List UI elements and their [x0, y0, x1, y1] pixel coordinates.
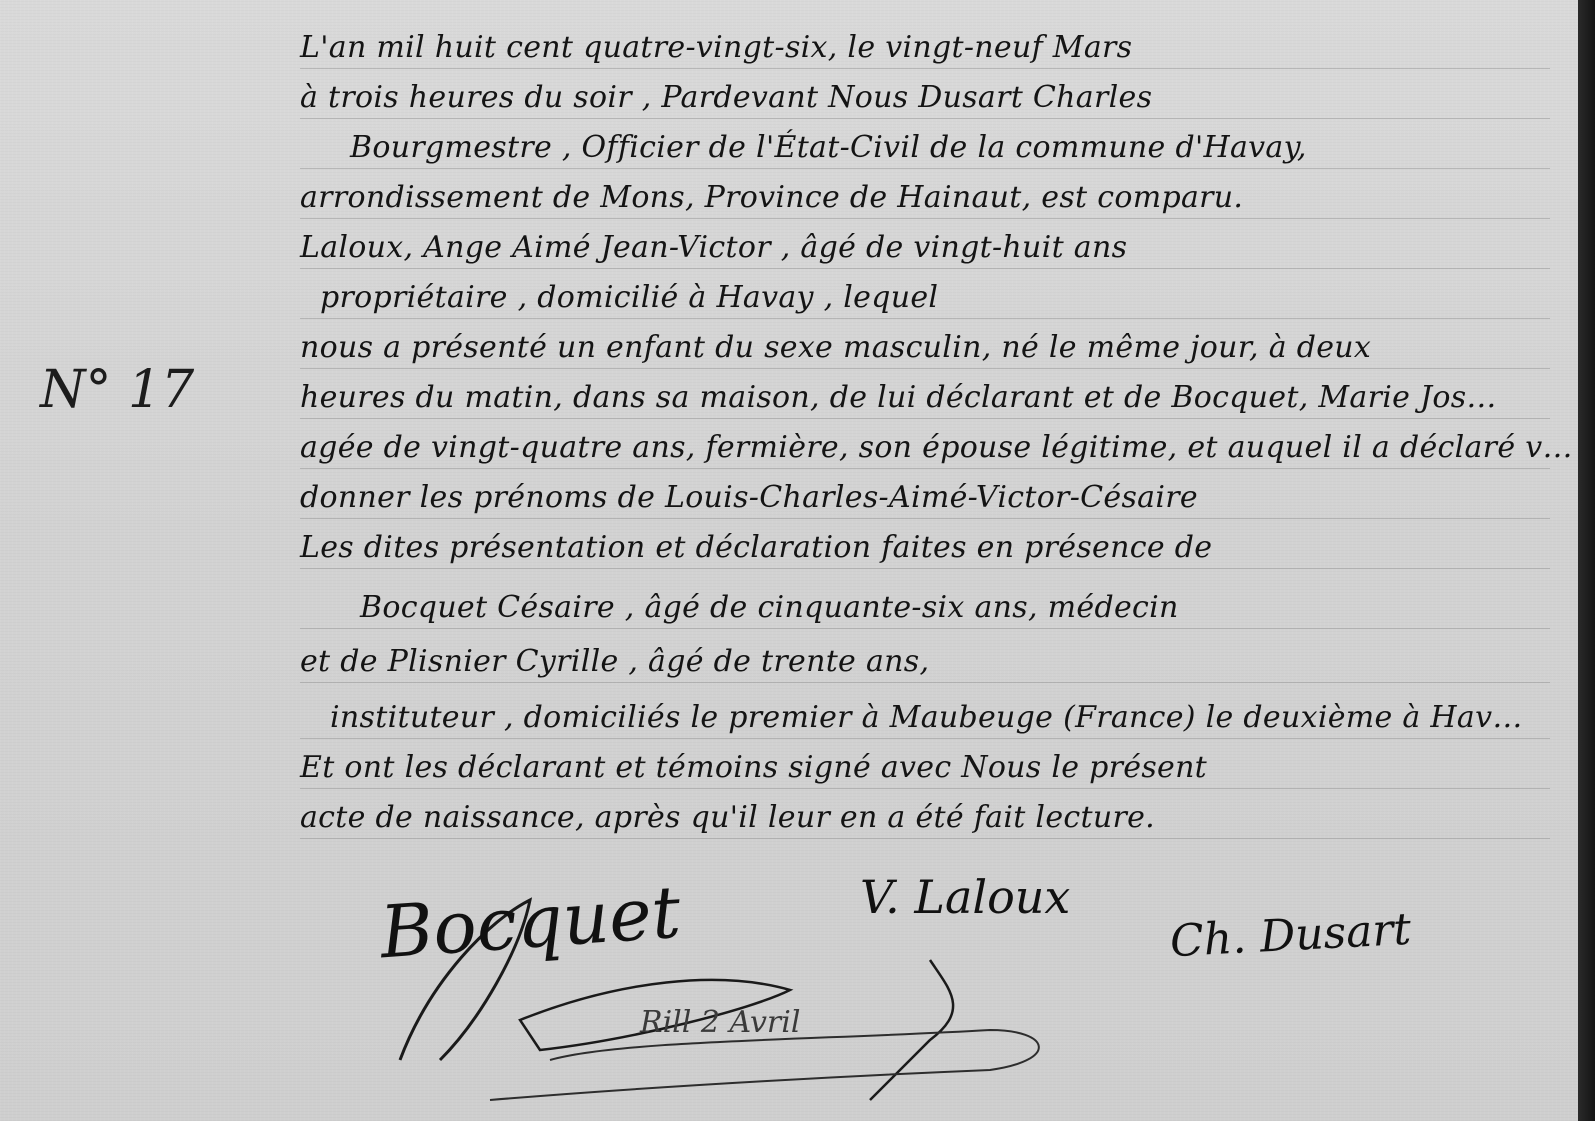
text-line-8: heures du matin, dans sa maison, de lui …	[300, 380, 1497, 415]
ruled-line	[300, 168, 1550, 169]
text-line-5: Laloux, Ange Aimé Jean-Victor , âgé de v…	[300, 230, 1127, 265]
ruled-line	[300, 118, 1550, 119]
signature-paraph: Rill 2 Avril	[640, 1005, 800, 1040]
ruled-line	[300, 368, 1550, 369]
text-line-16: acte de naissance, après qu'il leur en a…	[300, 800, 1155, 835]
ruled-line	[300, 268, 1550, 269]
text-line-4: arrondissement de Mons, Province de Hain…	[300, 180, 1243, 215]
ruled-line	[300, 738, 1550, 739]
text-line-7: nous a présenté un enfant du sexe mascul…	[300, 330, 1371, 365]
ruled-line	[300, 682, 1550, 683]
ruled-line	[300, 318, 1550, 319]
ruled-line	[300, 628, 1550, 629]
text-line-3: Bourgmestre , Officier de l'État-Civil d…	[350, 130, 1307, 165]
text-line-6: propriétaire , domicilié à Havay , leque…	[320, 280, 938, 315]
register-page: N° 17 L'an mil huit cent quatre-vingt-si…	[0, 0, 1578, 1121]
ruled-line	[300, 68, 1550, 69]
ruled-line	[300, 418, 1550, 419]
ruled-line	[300, 838, 1550, 839]
text-line-2: à trois heures du soir , Pardevant Nous …	[300, 80, 1152, 115]
text-line-13: et de Plisnier Cyrille , âgé de trente a…	[300, 644, 929, 679]
text-line-14: instituteur , domiciliés le premier à Ma…	[330, 700, 1523, 735]
page-binding-edge	[1578, 0, 1595, 1121]
ruled-line	[300, 568, 1550, 569]
ruled-line	[300, 468, 1550, 469]
text-line-1: L'an mil huit cent quatre-vingt-six, le …	[300, 30, 1132, 65]
text-line-9: agée de vingt-quatre ans, fermière, son …	[300, 430, 1573, 465]
signature-laloux: V. Laloux	[860, 870, 1070, 924]
ruled-line	[300, 788, 1550, 789]
text-line-12: Bocquet Césaire , âgé de cinquante-six a…	[360, 590, 1179, 625]
text-line-11: Les dites présentation et déclaration fa…	[300, 530, 1212, 565]
ruled-line	[300, 218, 1550, 219]
text-line-10: donner les prénoms de Louis-Charles-Aimé…	[300, 480, 1198, 515]
ruled-line	[300, 518, 1550, 519]
text-line-15: Et ont les déclarant et témoins signé av…	[300, 750, 1207, 785]
act-number: N° 17	[40, 360, 194, 420]
